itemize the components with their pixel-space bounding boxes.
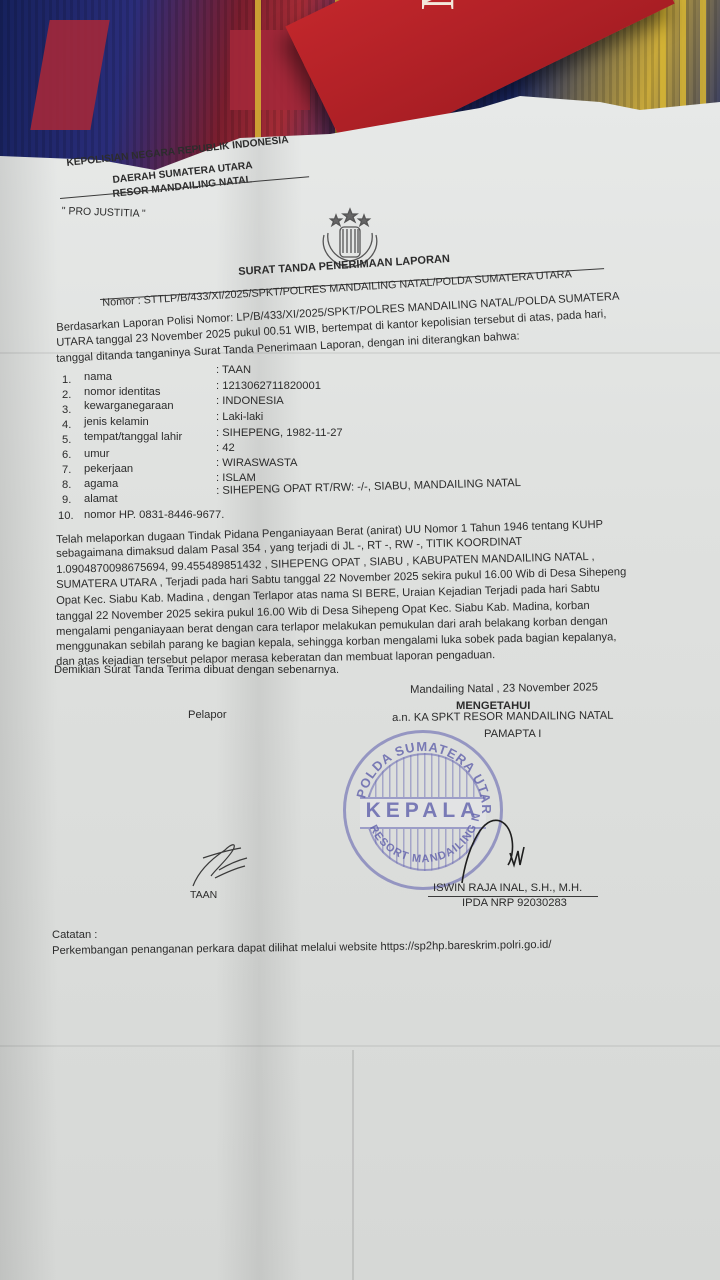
police-report-document: KEPOLISIAN NEGARA REPUBLIK INDONESIA DAE… [0,0,720,1280]
officer-rank: IPDA NRP 92030283 [462,897,567,910]
identity-no: 7. [62,464,71,477]
identity-label: alamat [84,493,118,506]
identity-value: : 1213062711820001 [216,380,321,393]
identity-no: 8. [62,479,71,492]
identity-label: agama [84,478,118,491]
identity-value: : WIRASWASTA [216,457,297,470]
identity-no: 9. [62,494,71,507]
identity-no: 5. [62,434,71,447]
identity-label: jenis kelamin [84,416,149,429]
place-date: Mandailing Natal , 23 November 2025 [410,681,598,697]
pelapor-label: Pelapor [188,709,227,722]
reporter-name: TAAN [190,889,217,902]
officer-name: ISWIN RAJA INAL, S.H., M.H. [433,882,582,895]
identity-label: nomor HP. 0831-8446-9677. [84,509,224,522]
identity-value: : 42 [216,442,235,455]
identity-label: nomor identitas [84,386,161,399]
identity-label: nama [84,371,112,384]
letterhead-line-1: KEPOLISIAN NEGARA REPUBLIK INDONESIA [66,135,289,170]
identity-no: 1. [62,374,71,387]
identity-label: kewarganegaraan [84,400,174,413]
identity-no: 2. [62,389,71,402]
identity-value: : INDONESIA [216,395,284,408]
identity-no: 3. [62,404,71,417]
reporter-signature [185,840,255,890]
identity-value: : SIHEPENG, 1982-11-27 [216,427,343,440]
identity-label: umur [84,448,110,461]
identity-label: pekerjaan [84,463,133,476]
identity-value: : TAAN [216,364,251,377]
identity-no: 4. [62,419,71,432]
office-label: a.n. KA SPKT RESOR MANDAILING NATAL [392,710,613,726]
identity-value: : Laki-laki [216,411,263,424]
identity-label: tempat/tanggal lahir [84,431,182,444]
notes-text: Perkembangan penanganan perkara dapat di… [52,939,552,959]
identity-no: 10. [58,510,74,523]
pro-justitia: " PRO JUSTITIA " [62,205,146,221]
notes-label: Catatan : [52,929,97,942]
officer-signature [460,815,550,885]
svg-text:POLDA SUMATERA UTARA: POLDA SUMATERA UTARA [346,733,494,815]
identity-no: 6. [62,449,71,462]
identity-value: : SIHEPENG OPAT RT/RW: -/-, SIABU, MANDA… [216,477,521,498]
closing-statement: Demikian Surat Tanda Terima dibuat denga… [54,664,339,677]
